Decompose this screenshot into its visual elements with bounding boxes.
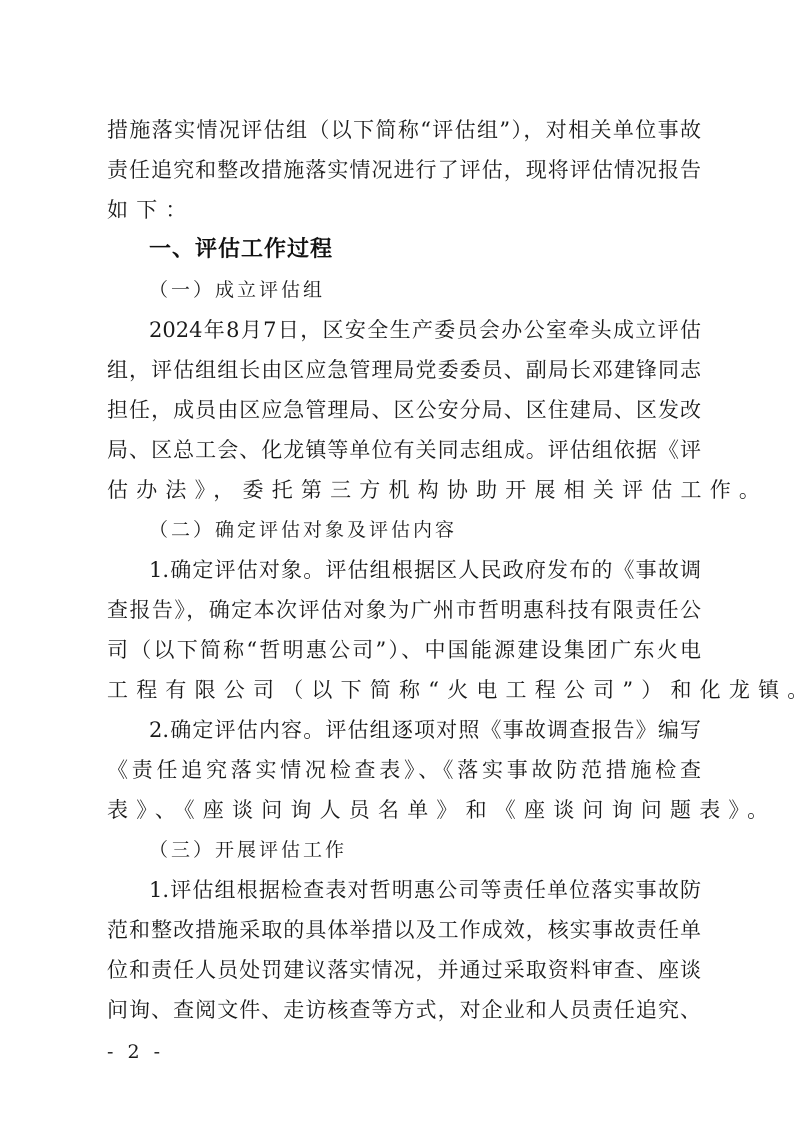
paragraph-line: 担任，成员由区应急管理局、区公安分局、区住建局、区发改 [107, 395, 701, 425]
subsection-heading: （三）开展评估工作 [149, 835, 749, 865]
paragraph-line: 1.评估组根据检查表对哲明惠公司等责任单位落实事故防 [149, 875, 701, 905]
paragraph-line: 司（以下简称“哲明惠公司”）、中国能源建设集团广东火电 [107, 635, 701, 665]
paragraph-line: 责任追究和整改措施落实情况进行了评估，现将评估情况报告 [107, 155, 701, 185]
document-page: 措施落实情况评估组（以下简称“评估组”），对相关单位事故责任追究和整改措施落实情… [0, 0, 794, 1122]
paragraph-line: 1.确定评估对象。评估组根据区人民政府发布的《事故调 [149, 555, 701, 585]
paragraph-line: 《责任追究落实情况检查表》、《落实事故防范措施检查 [107, 755, 701, 785]
paragraph-line: 措施落实情况评估组（以下简称“评估组”），对相关单位事故 [107, 115, 701, 145]
paragraph-line: 查报告》，确定本次评估对象为广州市哲明惠科技有限责任公 [107, 595, 701, 625]
page-number: - 2 - [107, 1040, 164, 1064]
paragraph-line: 局、区总工会、化龙镇等单位有关同志组成。评估组依据《评 [107, 435, 701, 465]
paragraph-line: 表》、《座谈问询人员名单》和《座谈问询问题表》。 [107, 795, 707, 825]
paragraph-line: 估办法》，委托第三方机构协助开展相关评估工作。 [107, 475, 707, 505]
paragraph-line: 如下： [107, 195, 707, 225]
paragraph-line: 2024年8月7日，区安全生产委员会办公室牵头成立评估 [149, 315, 701, 345]
subsection-heading: （一）成立评估组 [149, 275, 749, 305]
paragraph-line: 2.确定评估内容。评估组逐项对照《事故调查报告》编写 [149, 715, 701, 745]
section-heading: 一、评估工作过程 [149, 235, 749, 265]
paragraph-line: 范和整改措施采取的具体举措以及工作成效，核实事故责任单 [107, 915, 701, 945]
paragraph-line: 位和责任人员处罚建议落实情况，并通过采取资料审查、座谈 [107, 955, 701, 985]
paragraph-line: 问询、查阅文件、走访核查等方式，对企业和人员责任追究、 [107, 995, 701, 1025]
paragraph-line: 组，评估组组长由区应急管理局党委委员、副局长邓建锋同志 [107, 355, 701, 385]
subsection-heading: （二）确定评估对象及评估内容 [149, 515, 749, 545]
paragraph-line: 工程有限公司（以下简称“火电工程公司”）和化龙镇。 [107, 675, 707, 705]
